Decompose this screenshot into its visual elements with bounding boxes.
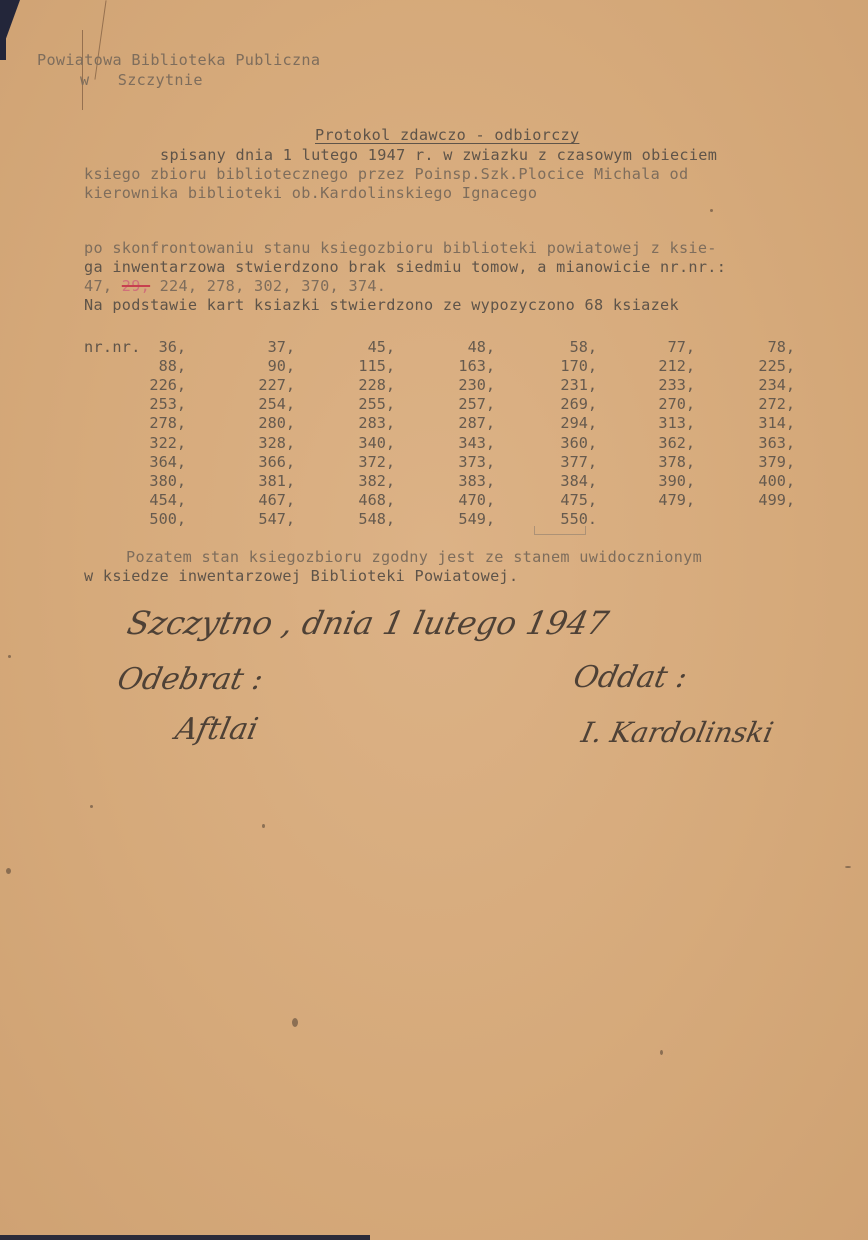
loaned-book-number: 77, bbox=[595, 338, 695, 356]
handwritten-place-date: Szczytno , dnia 1 lutego 1947 bbox=[124, 604, 612, 642]
loaned-book-number: 548, bbox=[295, 510, 395, 528]
loaned-book-number: 280, bbox=[195, 414, 295, 432]
loaned-book-number: 363, bbox=[695, 434, 795, 452]
loaned-book-number: 390, bbox=[595, 472, 695, 490]
loaned-book-number: 287, bbox=[395, 414, 495, 432]
loaned-book-number: 364, bbox=[86, 453, 186, 471]
loaned-book-number: 377, bbox=[497, 453, 597, 471]
loans-statement: Na podstawie kart ksiazki stwierdzono ze… bbox=[84, 296, 679, 315]
loaned-book-number: 227, bbox=[195, 376, 295, 394]
missing-rest: 224, 278, 302, 370, 374. bbox=[150, 277, 386, 295]
loaned-book-number: 253, bbox=[86, 395, 186, 413]
paper-speck bbox=[660, 1050, 663, 1055]
loaned-book-number: 381, bbox=[195, 472, 295, 490]
scan-edge-shadow bbox=[0, 0, 6, 60]
loaned-book-number: 230, bbox=[395, 376, 495, 394]
loaned-book-number: 468, bbox=[295, 491, 395, 509]
loaned-book-number: 36, bbox=[86, 338, 186, 356]
handed-by-label: Oddat : bbox=[570, 660, 690, 695]
loaned-book-number: 547, bbox=[195, 510, 295, 528]
loaned-book-number: 372, bbox=[295, 453, 395, 471]
findings-line-2: ga inwentarzowa stwierdzono brak siedmiu… bbox=[84, 258, 726, 277]
loaned-book-number: 549, bbox=[395, 510, 495, 528]
closing-line-1: Pozatem stan ksiegozbioru zgodny jest ze… bbox=[126, 548, 702, 567]
loaned-book-number: 360, bbox=[497, 434, 597, 452]
paper-speck bbox=[710, 209, 713, 212]
loaned-book-number: 257, bbox=[395, 395, 495, 413]
handed-by-signature: I. Kardolinski bbox=[578, 716, 776, 749]
loaned-book-number: 254, bbox=[195, 395, 295, 413]
loaned-book-number: 294, bbox=[497, 414, 597, 432]
loaned-book-number: 379, bbox=[695, 453, 795, 471]
loaned-book-number: 500, bbox=[86, 510, 186, 528]
missing-prefix: 47, bbox=[84, 277, 122, 295]
loaned-book-number: 283, bbox=[295, 414, 395, 432]
loaned-book-number: 314, bbox=[695, 414, 795, 432]
loaned-book-number: 467, bbox=[195, 491, 295, 509]
institution-name: Powiatowa Biblioteka Publiczna bbox=[37, 51, 320, 70]
loaned-book-number: 313, bbox=[595, 414, 695, 432]
loaned-book-number: 48, bbox=[395, 338, 495, 356]
findings-line-1: po skonfrontowaniu stanu ksiegozbioru bi… bbox=[84, 239, 717, 258]
paper-speck bbox=[8, 655, 11, 658]
intro-line-1: spisany dnia 1 lutego 1947 r. w zwiazku … bbox=[160, 146, 717, 165]
loaned-book-number: 228, bbox=[295, 376, 395, 394]
loaned-book-number: 90, bbox=[195, 357, 295, 375]
loaned-book-number: 212, bbox=[595, 357, 695, 375]
loaned-book-number: 170, bbox=[497, 357, 597, 375]
loaned-book-number: 163, bbox=[395, 357, 495, 375]
loaned-book-number: 255, bbox=[295, 395, 395, 413]
missing-volumes-list: 47, 29, 224, 278, 302, 370, 374. bbox=[84, 277, 386, 296]
received-by-label: Odebrat : bbox=[114, 662, 266, 697]
institution-location: w Szczytnie bbox=[80, 71, 203, 90]
document-title: Protokol zdawczo - odbiorczy bbox=[315, 126, 579, 145]
paper-speck bbox=[292, 1018, 298, 1027]
pencil-mark bbox=[82, 30, 83, 110]
loaned-book-number: 479, bbox=[595, 491, 695, 509]
document-page: Powiatowa Biblioteka Publiczna w Szczytn… bbox=[0, 0, 868, 1240]
loaned-book-number: 382, bbox=[295, 472, 395, 490]
received-by-signature: Aftlai bbox=[172, 712, 261, 747]
loaned-book-number: 269, bbox=[497, 395, 597, 413]
paper-speck bbox=[262, 824, 265, 828]
loaned-book-number: 366, bbox=[195, 453, 295, 471]
pencil-bracket bbox=[534, 526, 586, 535]
loaned-book-number: 454, bbox=[86, 491, 186, 509]
loaned-book-number: 272, bbox=[695, 395, 795, 413]
loaned-book-number: 383, bbox=[395, 472, 495, 490]
loaned-book-number: 475, bbox=[497, 491, 597, 509]
loaned-book-number: 322, bbox=[86, 434, 186, 452]
loaned-book-number: 37, bbox=[195, 338, 295, 356]
loaned-book-number: 78, bbox=[695, 338, 795, 356]
loaned-book-number: 58, bbox=[497, 338, 597, 356]
paper-speck bbox=[90, 805, 93, 808]
paper-speck bbox=[6, 868, 11, 874]
loaned-book-number: 278, bbox=[86, 414, 186, 432]
intro-line-2: ksiego zbioru bibliotecznego przez Poins… bbox=[84, 165, 688, 184]
loaned-book-number: 328, bbox=[195, 434, 295, 452]
loaned-book-number: 270, bbox=[595, 395, 695, 413]
loaned-book-number: 343, bbox=[395, 434, 495, 452]
loaned-book-number: 233, bbox=[595, 376, 695, 394]
loaned-book-number: 373, bbox=[395, 453, 495, 471]
loaned-book-number: 384, bbox=[497, 472, 597, 490]
loaned-book-number: 88, bbox=[86, 357, 186, 375]
loaned-book-number: 362, bbox=[595, 434, 695, 452]
loaned-book-number: 234, bbox=[695, 376, 795, 394]
loaned-book-number: 231, bbox=[497, 376, 597, 394]
loaned-book-number: 380, bbox=[86, 472, 186, 490]
scan-edge-shadow bbox=[0, 1235, 370, 1240]
loaned-book-number: 340, bbox=[295, 434, 395, 452]
loaned-book-number: 45, bbox=[295, 338, 395, 356]
intro-line-3: kierownika biblioteki ob.Kardolinskiego … bbox=[84, 184, 537, 203]
closing-line-2: w ksiedze inwentarzowej Biblioteki Powia… bbox=[84, 567, 518, 586]
paper-speck bbox=[845, 866, 851, 868]
struck-entry: 29, bbox=[122, 277, 150, 295]
loaned-book-number: 470, bbox=[395, 491, 495, 509]
loaned-book-number: 225, bbox=[695, 357, 795, 375]
loaned-book-number: 115, bbox=[295, 357, 395, 375]
loaned-book-number: 499, bbox=[695, 491, 795, 509]
loaned-book-number: 226, bbox=[86, 376, 186, 394]
loaned-book-number: 400, bbox=[695, 472, 795, 490]
loaned-book-number: 378, bbox=[595, 453, 695, 471]
